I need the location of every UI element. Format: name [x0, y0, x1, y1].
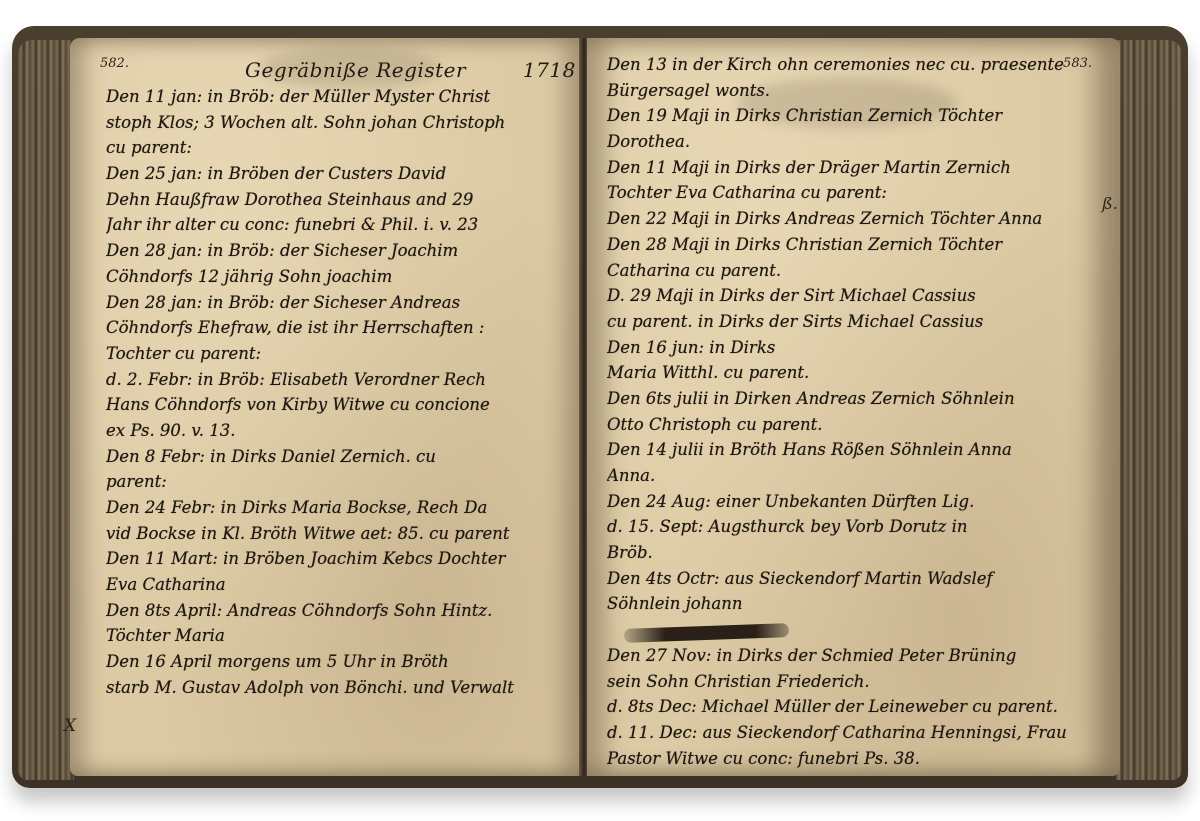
entry-line: Töchter Maria [106, 623, 565, 649]
entry-line: Tochter Eva Catharina cu parent: [607, 180, 1070, 206]
entry-line: Dorothea. [607, 129, 1070, 155]
entry-line: Anna. [607, 463, 1070, 489]
entry-line: parent: [106, 469, 565, 495]
margin-cross-mark: X [64, 716, 76, 736]
entry-line: Den 24 Aug: einer Unbekanten Dürften Lig… [607, 489, 1070, 515]
entry-line: Den 16 jun: in Dirks [607, 335, 1070, 361]
book-edge-left [18, 40, 74, 780]
entry-line: d. 8ts Dec: Michael Müller der Leinewebe… [607, 694, 1070, 720]
title-year: 1718 [523, 58, 576, 82]
entry-line: Den 28 jan: in Bröb: der Sicheser Joachi… [106, 238, 565, 264]
entry-line: ex Ps. 90. v. 13. [106, 418, 565, 444]
entry-line: Eva Catharina [106, 572, 565, 598]
entry-line: cu parent. in Dirks der Sirts Michael Ca… [607, 309, 1070, 335]
entry-line: Den 14 julii in Bröth Hans Rößen Söhnlei… [607, 437, 1070, 463]
entry-line: Den 4ts Octr: aus Sieckendorf Martin Wad… [607, 566, 1070, 592]
entry-line: Den 24 Febr: in Dirks Maria Bockse, Rech… [106, 495, 565, 521]
entry-line: Den 22 Maji in Dirks Andreas Zernich Töc… [607, 206, 1070, 232]
entry-line: D. 29 Maji in Dirks der Sirt Michael Cas… [607, 283, 1070, 309]
entry-line: Den 8ts April: Andreas Cöhndorfs Sohn Hi… [106, 598, 565, 624]
entry-line: Den 11 jan: in Bröb: der Müller Myster C… [106, 84, 565, 110]
entry-line: Den 13 in der Kirch ohn ceremonies nec c… [607, 52, 1070, 78]
right-page: 583. Den 13 in der Kirch ohn ceremonies … [587, 38, 1120, 776]
entry-line: d. 11. Dec: aus Sieckendorf Catharina He… [607, 720, 1070, 746]
entry-line: stoph Klos; 3 Wochen alt. Sohn johan Chr… [106, 110, 565, 136]
entry-line: Den 11 Mart: in Bröben Joachim Kebcs Doc… [106, 546, 565, 572]
entry-line: Jahr ihr alter cu conc: funebri & Phil. … [106, 212, 565, 238]
right-entry-list: Den 13 in der Kirch ohn ceremonies nec c… [607, 52, 1070, 771]
title-text: Gegräbniße Register [245, 58, 466, 82]
margin-note-mark: ß. [1102, 194, 1118, 213]
entry-line: Pastor Witwe cu conc: funebri Ps. 38. [607, 746, 1070, 772]
entry-line: Catharina cu parent. [607, 258, 1070, 284]
entry-line: Den 16 April morgens um 5 Uhr in Bröth [106, 649, 565, 675]
entry-line: Den 6ts julii in Dirken Andreas Zernich … [607, 386, 1070, 412]
entry-line: Tochter cu parent: [106, 341, 565, 367]
entry-line: Den 8 Febr: in Dirks Daniel Zernich. cu [106, 444, 565, 470]
entry-line: d. 15. Sept: Augsthurck bey Vorb Dorutz … [607, 514, 1070, 540]
entry-line: Cöhndorfs 12 jährig Sohn joachim [106, 264, 565, 290]
entry-line: Bröb. [607, 540, 1070, 566]
entry-line: Hans Cöhndorfs von Kirby Witwe cu concio… [106, 392, 565, 418]
entry-line: Den 11 Maji in Dirks der Dräger Martin Z… [607, 155, 1070, 181]
entry-line: Otto Christoph cu parent. [607, 412, 1070, 438]
register-title: Gegräbniße Register 1718 [245, 58, 576, 82]
entry-line: Söhnlein johann [607, 591, 1070, 617]
entry-line: sein Sohn Christian Friederich. [607, 669, 1070, 695]
entry-line: Den 19 Maji in Dirks Christian Zernich T… [607, 103, 1070, 129]
entry-line: Den 27 Nov: in Dirks der Schmied Peter B… [607, 643, 1070, 669]
entry-line: Bürgersagel wonts. [607, 78, 1070, 104]
left-entry-list: Den 11 jan: in Bröb: der Müller Myster C… [106, 84, 565, 701]
book-edge-right [1116, 40, 1182, 780]
entry-line: Den 25 jan: in Bröben der Custers David [106, 161, 565, 187]
left-page: 582. Gegräbniße Register 1718 Den 11 jan… [70, 38, 583, 776]
open-register-book: 582. Gegräbniße Register 1718 Den 11 jan… [12, 26, 1188, 788]
page-number-left: 582. [100, 56, 129, 71]
entry-line: cu parent: [106, 135, 565, 161]
entry-line: Maria Witthl. cu parent. [607, 360, 1070, 386]
entry-line: Den 28 Maji in Dirks Christian Zernich T… [607, 232, 1070, 258]
entry-line: starb M. Gustav Adolph von Bönchi. und V… [106, 675, 565, 701]
entry-line: Dehn Haußfraw Dorothea Steinhaus and 29 [106, 187, 565, 213]
entry-line: Den 28 jan: in Bröb: der Sicheser Andrea… [106, 290, 565, 316]
entry-line: d. 2. Febr: in Bröb: Elisabeth Verordner… [106, 367, 565, 393]
entry-line: vid Bockse in Kl. Bröth Witwe aet: 85. c… [106, 521, 565, 547]
entry-line: Cöhndorfs Ehefraw, die ist ihr Herrschaf… [106, 315, 565, 341]
